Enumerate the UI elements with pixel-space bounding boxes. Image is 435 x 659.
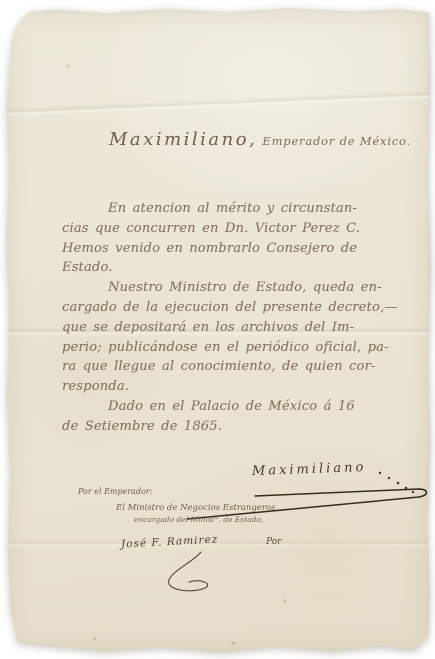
body-line: responda. bbox=[62, 379, 434, 399]
body-line: perio; publicándose en el periódico ofic… bbox=[62, 340, 434, 360]
ramirez-signature: José F. Ramirez bbox=[121, 533, 219, 550]
minister-subtitle-line: encargado del Minist°. de Estado, bbox=[134, 515, 263, 524]
scan-background: Maximiliano, Emperador de México. En ate… bbox=[0, 0, 435, 659]
emperor-name-heading: Maximiliano, bbox=[109, 129, 257, 150]
fold-crease-top bbox=[5, 90, 431, 118]
ramirez-signature-flourish bbox=[143, 550, 233, 598]
emperor-title-heading: Emperador de México. bbox=[262, 134, 411, 148]
body-line: ra que llegue al conocimiento, de quien … bbox=[62, 359, 434, 379]
body-line: de Setiembre de 1865. bbox=[62, 419, 434, 439]
body-line: cias que concurren en Dn. Victor Perez C… bbox=[62, 221, 434, 241]
body-line: En atencion al mérito y circunstan- bbox=[62, 201, 434, 221]
foxing-spot bbox=[65, 63, 71, 68]
por-note: Por bbox=[266, 537, 281, 547]
decree-body-text: En atencion al mérito y circunstan- cias… bbox=[62, 201, 434, 439]
foxing-spot bbox=[283, 599, 287, 603]
por-el-emperador-label: Por el Emperador: bbox=[78, 487, 152, 496]
body-line: Dado en el Palacio de México á 16 bbox=[62, 399, 434, 419]
document-paper: Maximiliano, Emperador de México. En ate… bbox=[5, 7, 431, 653]
minister-title-line: El Ministro de Negocios Estrangeros, bbox=[116, 503, 278, 513]
body-line: Hemos venido en nombrarlo Consejero de bbox=[62, 241, 434, 261]
body-line: cargado de la ejecucion del presente dec… bbox=[62, 300, 434, 320]
foxing-spot bbox=[93, 637, 97, 641]
body-line: que se depositará en los archivos del Im… bbox=[62, 320, 434, 340]
document-header: Maximiliano, Emperador de México. bbox=[109, 129, 411, 150]
body-line: Estado. bbox=[62, 260, 434, 280]
foxing-spot bbox=[231, 641, 236, 645]
body-line: Nuestro Ministro de Estado, queda en- bbox=[62, 280, 434, 300]
paper-sheet: Maximiliano, Emperador de México. En ate… bbox=[5, 7, 431, 653]
